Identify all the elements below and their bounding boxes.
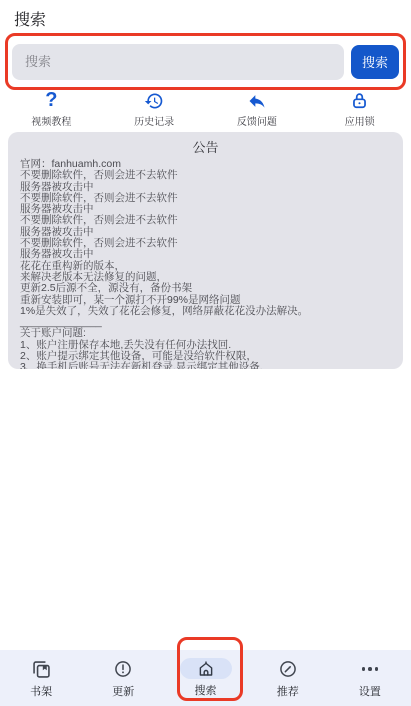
search-input[interactable] bbox=[12, 44, 344, 80]
nav-item-update[interactable]: 更新 bbox=[82, 650, 164, 706]
announcement-line: 3、换手机后账号无法在新机登录,显示绑定其他设备. bbox=[20, 362, 391, 369]
nav-label: 推荐 bbox=[277, 683, 299, 699]
quick-action-label: 视频教程 bbox=[31, 113, 71, 128]
lock-icon bbox=[350, 90, 369, 111]
quick-action-app-lock[interactable]: 应用锁 bbox=[308, 90, 411, 128]
announcement-line: 服务器被攻击中 bbox=[20, 249, 391, 260]
announcement-line: 更新2.5后源不全，源没有，备份书架 bbox=[20, 283, 391, 294]
quick-actions-row: ? 视频教程 历史记录 反馈问题 bbox=[0, 90, 411, 128]
bottom-nav-bar: 书架 更新 搜索 bbox=[0, 650, 411, 706]
quick-action-label: 反馈问题 bbox=[237, 113, 277, 128]
bookshelf-icon bbox=[31, 658, 52, 680]
history-icon bbox=[144, 90, 164, 111]
announcement-title: 公告 bbox=[20, 137, 391, 156]
announcement-line: 不要删除软件，否则会进不去软件 bbox=[20, 170, 391, 181]
announcement-panel: 公告 官网：fanhuamh.com 不要删除软件，否则会进不去软件 服务器被攻… bbox=[8, 132, 403, 369]
compass-icon bbox=[278, 658, 298, 680]
nav-item-search[interactable]: 搜索 bbox=[164, 650, 246, 706]
home-icon bbox=[197, 658, 215, 680]
search-button[interactable]: 搜索 bbox=[351, 45, 399, 79]
app-screen: 搜索 搜索 ? 视频教程 历史记录 bbox=[0, 0, 411, 706]
question-mark-icon: ? bbox=[45, 90, 57, 111]
quick-action-label: 应用锁 bbox=[345, 113, 375, 128]
nav-item-bookshelf[interactable]: 书架 bbox=[0, 650, 82, 706]
quick-action-label: 历史记录 bbox=[134, 113, 174, 128]
search-row: 搜索 bbox=[5, 33, 406, 90]
quick-action-history[interactable]: 历史记录 bbox=[103, 90, 206, 128]
nav-item-settings[interactable]: 设置 bbox=[329, 650, 411, 706]
nav-label: 搜索 bbox=[195, 682, 217, 698]
reply-arrow-icon bbox=[247, 90, 267, 111]
nav-label: 设置 bbox=[359, 683, 381, 699]
update-icon bbox=[113, 658, 133, 680]
active-tab-pill bbox=[180, 658, 232, 679]
nav-label: 更新 bbox=[112, 683, 134, 699]
nav-item-recommend[interactable]: 推荐 bbox=[247, 650, 329, 706]
nav-label: 书架 bbox=[30, 683, 52, 699]
quick-action-video-tutorial[interactable]: ? 视频教程 bbox=[0, 90, 103, 128]
page-title: 搜索 bbox=[14, 7, 46, 30]
quick-action-feedback[interactable]: 反馈问题 bbox=[206, 90, 309, 128]
more-dots-icon bbox=[362, 658, 379, 680]
